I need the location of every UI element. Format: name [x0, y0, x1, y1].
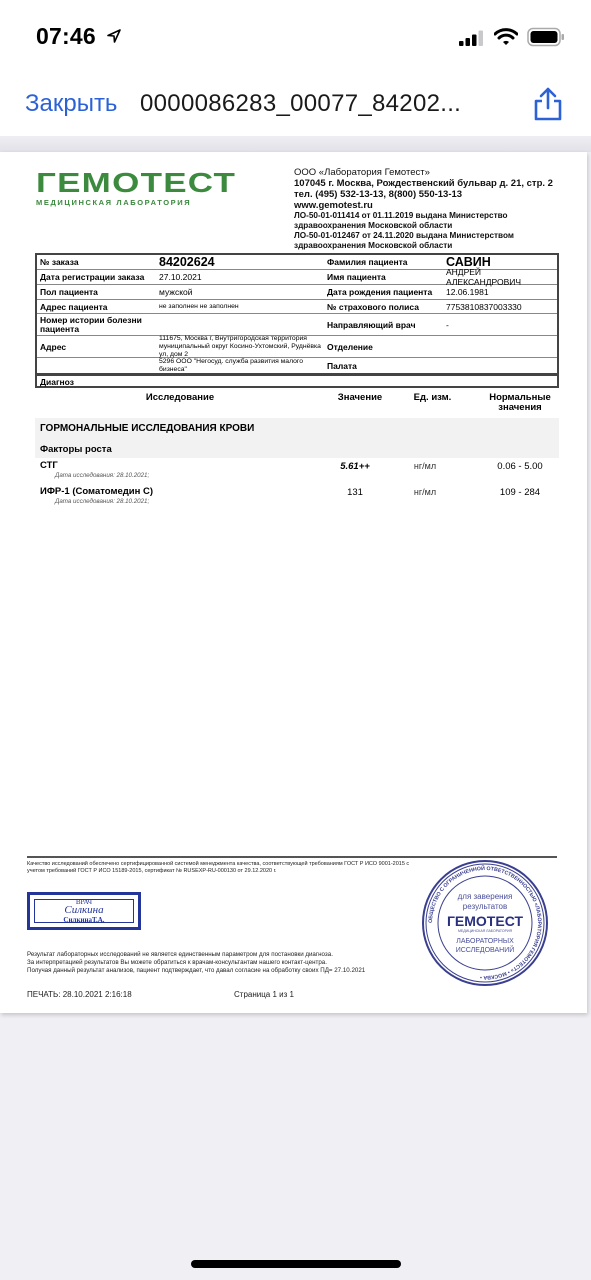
result-row: СТГ Дата исследования: 28.10.2021; 5.61+…	[35, 460, 559, 484]
reg-date-label: Дата регистрации заказа	[37, 270, 156, 284]
col-header-test: Исследование	[100, 393, 260, 403]
order-no: 84202624	[156, 255, 324, 269]
col-header-norm: Нормальныезначения	[480, 393, 560, 413]
reg-date: 27.10.2021	[156, 270, 324, 284]
close-button[interactable]: Закрыть	[25, 90, 117, 118]
svg-text:ЛАБОРАТОРНЫХ: ЛАБОРАТОРНЫХ	[456, 938, 514, 945]
share-icon[interactable]	[532, 86, 564, 122]
col-header-value: Значение	[325, 393, 395, 403]
address-label: Адрес	[37, 336, 156, 357]
department-label: Отделение	[324, 336, 443, 357]
patient-name: АНДРЕЙ АЛЕКСАНДРОВИЧ	[443, 270, 557, 284]
quality-statement: Качество исследований обеспечено сертифи…	[27, 861, 417, 875]
ward	[443, 358, 557, 373]
org-phones: тел. (495) 532-13-13, 8(800) 550-13-13	[294, 189, 553, 200]
status-time: 07:46	[36, 23, 96, 50]
patient-info-table: № заказа 84202624 Фамилия пациента САВИН…	[35, 253, 559, 375]
order-no-label: № заказа	[37, 255, 156, 269]
gemotest-logo: ГЕМОТЕСТ МЕДИЦИНСКАЯ ЛАБОРАТОРИЯ	[36, 169, 196, 207]
organization-info: ООО «Лаборатория Гемотест» 107045 г. Мос…	[294, 167, 553, 251]
group-title: Факторы роста	[40, 444, 112, 455]
toolbar-divider	[0, 136, 591, 152]
department	[443, 336, 557, 357]
doctor-name: СилкинаТ.А.	[30, 916, 138, 924]
license-1: ЛО-50-01-011414 от 01.11.2019 выдана Мин…	[294, 211, 553, 231]
dob: 12.06.1981	[443, 285, 557, 299]
document-title: 0000086283_00077_84202...	[140, 90, 461, 118]
test-date: Дата исследования: 28.10.2021;	[55, 498, 149, 505]
svg-text:результатов: результатов	[463, 902, 507, 911]
org-line-label	[37, 358, 156, 373]
home-indicator[interactable]	[191, 1260, 401, 1268]
print-timestamp: ПЕЧАТЬ: 28.10.2021 2:16:18	[27, 990, 132, 999]
ward-label: Палата	[324, 358, 443, 373]
address: 111675, Москва г, Внутригородская террит…	[156, 336, 324, 357]
org-website: www.gemotest.ru	[294, 200, 553, 211]
svg-text:МЕДИЦИНСКАЯ ЛАБОРАТОРИЯ: МЕДИЦИНСКАЯ ЛАБОРАТОРИЯ	[458, 929, 512, 933]
license-2: ЛО-50-01-012467 от 24.11.2020 выдана Мин…	[294, 231, 553, 251]
doctor-signature: Силкина	[30, 904, 138, 916]
patient-address: не заполнен не заполнен	[156, 300, 324, 313]
org-address: 107045 г. Москва, Рождественский бульвар…	[294, 178, 553, 189]
section-hormonal: ГОРМОНАЛЬНЫЕ ИССЛЕДОВАНИЯ КРОВИ Факторы …	[35, 418, 559, 458]
document-page[interactable]: ГЕМОТЕСТ МЕДИЦИНСКАЯ ЛАБОРАТОРИЯ ООО «Ла…	[0, 152, 587, 1013]
patient-address-label: Адрес пациента	[37, 300, 156, 313]
result-row: ИФР-1 (Соматомедин С) Дата исследования:…	[35, 486, 559, 510]
location-arrow-icon	[106, 28, 122, 44]
wifi-icon	[494, 27, 518, 46]
org-line: 5296 ООО "Негосуд. служба развития малог…	[156, 358, 324, 373]
col-header-unit: Ед. изм.	[400, 393, 465, 403]
svg-text:ИССЛЕДОВАНИЙ: ИССЛЕДОВАНИЙ	[456, 945, 515, 954]
section-title: ГОРМОНАЛЬНЫЕ ИССЛЕДОВАНИЯ КРОВИ	[40, 423, 254, 434]
doctor-label: Направляющий врач	[324, 314, 443, 335]
navigation-bar: Закрыть 0000086283_00077_84202...	[0, 76, 591, 136]
test-date: Дата исследования: 28.10.2021;	[55, 472, 149, 479]
test-norm: 109 - 284	[480, 487, 560, 498]
surname-label: Фамилия пациента	[324, 255, 443, 269]
referring-doctor: -	[443, 314, 557, 335]
sex-label: Пол пациента	[37, 285, 156, 299]
sex: мужской	[156, 285, 324, 299]
page-number: Страница 1 из 1	[234, 990, 294, 999]
test-name: СТГ	[40, 460, 58, 471]
org-name: ООО «Лаборатория Гемотест»	[294, 167, 553, 178]
policy-number: 7753810837003330	[443, 300, 557, 313]
logo-subtitle: МЕДИЦИНСКАЯ ЛАБОРАТОРИЯ	[36, 198, 196, 207]
diagnosis-row: Диагноз	[35, 374, 559, 388]
history	[156, 314, 324, 335]
doctor-stamp: ВРАЧ Силкина СилкинаТ.А.	[27, 892, 141, 930]
logo-title: ГЕМОТЕСТ	[36, 169, 236, 197]
test-value: 5.61++	[325, 461, 385, 472]
diagnosis-label: Диагноз	[40, 377, 74, 387]
svg-text:для заверения: для заверения	[458, 892, 513, 901]
status-bar: 07:46	[0, 0, 591, 76]
test-name: ИФР-1 (Соматомедин С)	[40, 486, 153, 497]
cellular-signal-icon	[459, 30, 485, 46]
test-unit: нг/мл	[400, 487, 450, 497]
history-label: Номер истории болезни пациента	[37, 314, 156, 335]
test-value: 131	[325, 487, 385, 498]
policy-label: № страхового полиса	[324, 300, 443, 313]
name-label: Имя пациента	[324, 270, 443, 284]
lab-seal-stamp: ОБЩЕСТВО С ОГРАНИЧЕННОЙ ОТВЕТСТВЕННОСТЬЮ…	[421, 859, 549, 987]
test-norm: 0.06 - 5.00	[480, 461, 560, 472]
disclaimer: Результат лабораторных исследований не я…	[27, 951, 427, 975]
dob-label: Дата рождения пациента	[324, 285, 443, 299]
battery-icon	[527, 27, 565, 47]
test-unit: нг/мл	[400, 461, 450, 471]
footer-divider	[27, 856, 557, 858]
svg-text:ГЕМОТЕСТ: ГЕМОТЕСТ	[447, 913, 523, 929]
